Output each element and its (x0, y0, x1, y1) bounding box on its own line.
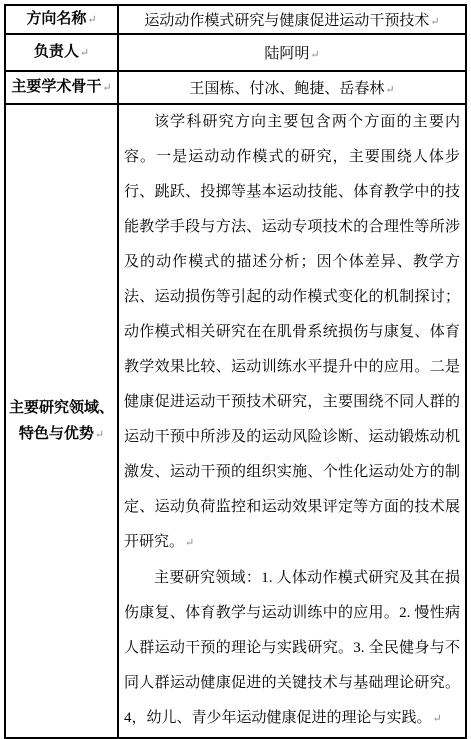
backbone-value: 王国栋、付冰、鲍捷、岳春林 (189, 81, 384, 97)
direction-name-value: 运动动作模式研究与健康促进运动干预技术 (144, 13, 429, 29)
direction-name-label-cell: 方向名称↵ (5, 5, 118, 34)
table-row: 负责人↵ 陆阿明↵ (5, 34, 466, 71)
pilcrow-icon: ↵ (310, 49, 319, 61)
backbone-label: 主要学术骨干 (11, 79, 101, 95)
pilcrow-icon: ↵ (95, 429, 104, 441)
research-areas-label-line-1: 主要研究领域、 (8, 395, 115, 421)
research-overview-paragraph: 该学科研究方向主要包含两个方面的主要内容。一是运动动作模式的研究，主要围绕人体步… (124, 105, 460, 561)
research-areas-label-cell: 主要研究领域、 特色与优势↵ (5, 104, 118, 738)
direction-name-label: 方向名称 (26, 11, 86, 27)
leader-value-cell: 陆阿明↵ (118, 34, 466, 71)
pilcrow-icon: ↵ (433, 713, 442, 725)
pilcrow-icon: ↵ (430, 16, 439, 28)
direction-name-value-cell: 运动动作模式研究与健康促进运动干预技术↵ (118, 5, 466, 34)
research-areas-label-line-2: 特色与优势↵ (8, 421, 115, 448)
leader-label-cell: 负责人↵ (5, 34, 118, 71)
research-overview-text: 该学科研究方向主要包含两个方面的主要内容。一是运动动作模式的研究，主要围绕人体步… (124, 114, 460, 550)
table-row: 主要学术骨干↵ 王国栋、付冰、鲍捷、岳春林↵ (5, 71, 466, 104)
table-row: 方向名称↵ 运动动作模式研究与健康促进运动干预技术↵ (5, 5, 466, 34)
research-areas-body-cell: 该学科研究方向主要包含两个方面的主要内容。一是运动动作模式的研究，主要围绕人体步… (118, 104, 466, 738)
research-areas-label-line-2-text: 特色与优势 (19, 426, 94, 442)
leader-value: 陆阿明 (264, 46, 309, 62)
research-direction-table: 方向名称↵ 运动动作模式研究与健康促进运动干预技术↵ 负责人↵ 陆阿明↵ 主要学… (4, 4, 467, 739)
pilcrow-icon: ↵ (80, 47, 89, 59)
leader-label: 负责人 (34, 44, 79, 60)
table-row: 主要研究领域、 特色与优势↵ 该学科研究方向主要包含两个方面的主要内容。一是运动… (5, 104, 466, 738)
backbone-value-cell: 王国栋、付冰、鲍捷、岳春林↵ (118, 71, 466, 104)
pilcrow-icon: ↵ (87, 14, 96, 26)
pilcrow-icon: ↵ (185, 537, 194, 549)
pilcrow-icon: ↵ (102, 82, 111, 94)
research-fields-text: 主要研究领域：1. 人体动作模式研究及其在损伤康复、体育教学与运动训练中的应用。… (124, 570, 460, 726)
pilcrow-icon: ↵ (385, 84, 394, 96)
document-page: 方向名称↵ 运动动作模式研究与健康促进运动干预技术↵ 负责人↵ 陆阿明↵ 主要学… (0, 0, 471, 672)
research-fields-paragraph: 主要研究领域：1. 人体动作模式研究及其在损伤康复、体育教学与运动训练中的应用。… (124, 561, 460, 737)
backbone-label-cell: 主要学术骨干↵ (5, 71, 118, 104)
